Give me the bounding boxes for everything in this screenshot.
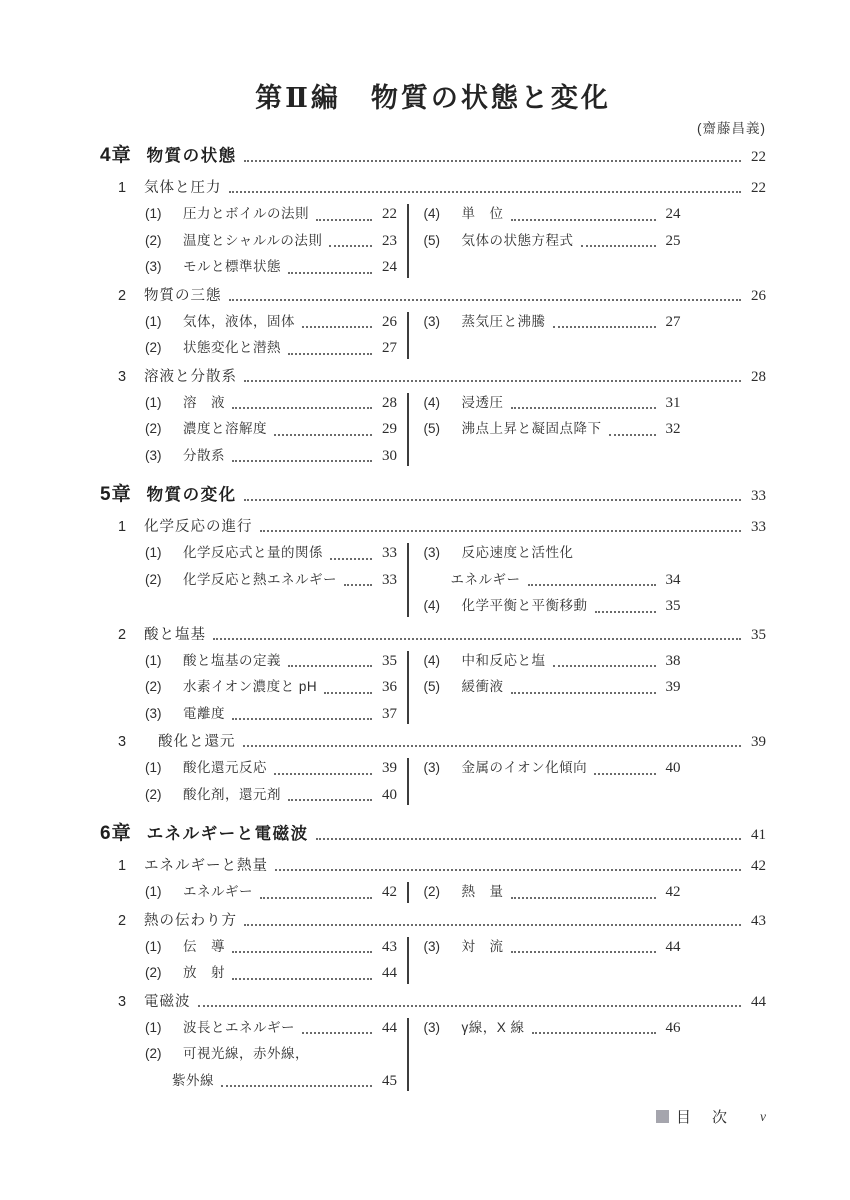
item-number: (1) [145, 755, 177, 782]
section-row: 3酸化と還元39 [118, 731, 766, 753]
dot-leader [302, 326, 372, 328]
dot-leader [229, 191, 742, 193]
section-row: 3電磁波44 [118, 991, 766, 1013]
item-number: (1) [145, 540, 177, 567]
item-title: 状態変化と潜熱 [183, 335, 281, 362]
item-page: 40 [661, 755, 681, 782]
toc-item: (5)沸点上昇と凝固点降下32 [424, 416, 681, 443]
dot-leader [221, 1085, 372, 1087]
toc-item: (4)化学平衡と平衡移動35 [424, 593, 681, 620]
toc-item-continued: 紫外線45 [145, 1068, 397, 1095]
column-divider [407, 543, 409, 617]
toc-item: (1)酸と塩基の定義35 [145, 648, 397, 675]
item-title: 気体，液体，固体 [183, 309, 295, 336]
toc-item: (5)気体の状態方程式25 [424, 228, 681, 255]
item-page: 22 [377, 201, 397, 228]
toc-item-continued: エネルギー34 [424, 567, 681, 594]
section-number: 1 [118, 855, 132, 877]
items-left-column: (1)伝 導43(2)放 射44 [145, 934, 397, 987]
chapter-page: 41 [746, 823, 766, 847]
dot-leader [511, 897, 656, 899]
item-page: 34 [661, 567, 681, 594]
items-right-column: (2)熱 量42 [424, 879, 681, 906]
item-page: 32 [661, 416, 681, 443]
items-block: (1)波長とエネルギー44(2)可視光線，赤外線，紫外線45(3)γ線，X 線4… [145, 1015, 766, 1095]
item-number: (1) [145, 1015, 177, 1042]
item-number: (4) [424, 390, 456, 417]
author-credit: (齋藤昌義) [100, 120, 766, 138]
section-title: 熱の伝わり方 [144, 910, 237, 932]
chapter-title: エネルギーと電磁波 [147, 822, 309, 846]
toc-item: (1)波長とエネルギー44 [145, 1015, 397, 1042]
dot-leader [324, 692, 372, 694]
dot-leader [232, 978, 372, 980]
dot-leader [288, 799, 372, 801]
chapter-title: 物質の状態 [147, 144, 237, 168]
item-number: (1) [145, 934, 177, 961]
items-right-column: (3)反応速度と活性化エネルギー34(4)化学平衡と平衡移動35 [424, 540, 681, 620]
item-page: 44 [377, 1015, 397, 1042]
toc-item: (1)酸化還元反応39 [145, 755, 397, 782]
items-block: (1)酸化還元反応39(2)酸化剤，還元剤40(3)金属のイオン化傾向40 [145, 755, 766, 808]
section-row: 3溶液と分散系28 [118, 366, 766, 388]
item-number: (5) [424, 674, 456, 701]
item-title: γ線，X 線 [462, 1015, 525, 1042]
section-page: 42 [746, 855, 766, 877]
items-block: (1)溶 液28(2)濃度と溶解度29(3)分散系30(4)浸透圧31(5)沸点… [145, 390, 766, 470]
item-title: 酸と塩基の定義 [183, 648, 281, 675]
item-page: 45 [377, 1068, 397, 1095]
toc-item: (2)熱 量42 [424, 879, 681, 906]
items-right-column: (3)蒸気圧と沸騰27 [424, 309, 681, 362]
footer-square-icon [656, 1110, 669, 1123]
item-title: 沸点上昇と凝固点降下 [462, 416, 602, 443]
toc-item: (3)対 流44 [424, 934, 681, 961]
item-page: 23 [377, 228, 397, 255]
item-page: 42 [661, 879, 681, 906]
item-title: 溶 液 [183, 390, 225, 417]
dot-leader [232, 407, 372, 409]
items-right-column: (4)中和反応と塩38(5)緩衝液39 [424, 648, 681, 728]
toc-item: (2)酸化剤，還元剤40 [145, 782, 397, 809]
page-title: 第Ⅱ編 物質の状態と変化 [100, 80, 766, 116]
chapter-row: 4章物質の状態22 [100, 144, 766, 168]
section-title: エネルギーと熱量 [144, 855, 268, 877]
section-number: 1 [118, 177, 132, 199]
item-page: 24 [661, 201, 681, 228]
section-row: 2物質の三態26 [118, 285, 766, 307]
dot-leader [260, 530, 742, 532]
section-number: 3 [118, 731, 132, 753]
item-page: 35 [661, 593, 681, 620]
item-number: (2) [145, 674, 177, 701]
item-page: 43 [377, 934, 397, 961]
item-number: (2) [145, 416, 177, 443]
item-number: (4) [424, 648, 456, 675]
item-number: (1) [145, 390, 177, 417]
chapter-page: 33 [746, 484, 766, 508]
item-page: 39 [661, 674, 681, 701]
footer-page-number: v [760, 1109, 766, 1125]
column-divider [407, 882, 409, 903]
item-page: 36 [377, 674, 397, 701]
chapter-row: 6章エネルギーと電磁波41 [100, 822, 766, 846]
dot-leader [232, 951, 372, 953]
item-title: 酸化剤，還元剤 [183, 782, 281, 809]
dot-leader [232, 718, 372, 720]
toc-item: (2)濃度と溶解度29 [145, 416, 397, 443]
dot-leader [288, 353, 372, 355]
items-right-column: (4)浸透圧31(5)沸点上昇と凝固点降下32 [424, 390, 681, 470]
item-page: 27 [661, 309, 681, 336]
item-page: 24 [377, 254, 397, 281]
item-page: 28 [377, 390, 397, 417]
item-number: (4) [424, 201, 456, 228]
item-number: (2) [145, 782, 177, 809]
column-divider [407, 937, 409, 984]
item-title: 対 流 [462, 934, 504, 961]
section-title: 電磁波 [144, 991, 191, 1013]
section-title: 化学反応の進行 [144, 516, 253, 538]
item-title: 緩衝液 [462, 674, 504, 701]
section-number: 2 [118, 285, 132, 307]
section-title: 溶液と分散系 [144, 366, 237, 388]
item-title: 水素イオン濃度と pH [183, 674, 317, 701]
dot-leader [244, 924, 741, 926]
section-title: 酸化と還元 [158, 731, 236, 753]
item-number: (1) [145, 309, 177, 336]
section-number: 3 [118, 366, 132, 388]
item-number: (3) [424, 755, 456, 782]
items-left-column: (1)酸と塩基の定義35(2)水素イオン濃度と pH36(3)電離度37 [145, 648, 397, 728]
items-block: (1)酸と塩基の定義35(2)水素イオン濃度と pH36(3)電離度37(4)中… [145, 648, 766, 728]
items-left-column: (1)圧力とボイルの法則22(2)温度とシャルルの法則23(3)モルと標準状態2… [145, 201, 397, 281]
section-title: 酸と塩基 [144, 624, 206, 646]
item-number: (2) [424, 879, 456, 906]
item-number: (2) [145, 228, 177, 255]
item-title: 浸透圧 [462, 390, 504, 417]
item-number: (3) [424, 309, 456, 336]
column-divider [407, 1018, 409, 1092]
item-page: 44 [377, 960, 397, 987]
toc-item: (3)分散系30 [145, 443, 397, 470]
item-page: 27 [377, 335, 397, 362]
toc-item: (4)浸透圧31 [424, 390, 681, 417]
toc-item: (1)圧力とボイルの法則22 [145, 201, 397, 228]
chapter-number: 5章 [100, 483, 132, 507]
item-title: 酸化還元反応 [183, 755, 267, 782]
item-page: 33 [377, 567, 397, 594]
dot-leader [532, 1032, 656, 1034]
item-title: 紫外線 [172, 1068, 214, 1095]
chapter-number: 6章 [100, 822, 132, 846]
dot-leader [553, 326, 656, 328]
item-title: モルと標準状態 [183, 254, 281, 281]
item-page: 35 [377, 648, 397, 675]
items-block: (1)気体，液体，固体26(2)状態変化と潜熱27(3)蒸気圧と沸騰27 [145, 309, 766, 362]
items-left-column: (1)波長とエネルギー44(2)可視光線，赤外線，紫外線45 [145, 1015, 397, 1095]
toc-item: (1)気体，液体，固体26 [145, 309, 397, 336]
section-page: 28 [746, 366, 766, 388]
items-left-column: (1)酸化還元反応39(2)酸化剤，還元剤40 [145, 755, 397, 808]
toc-item: (3)蒸気圧と沸騰27 [424, 309, 681, 336]
dot-leader [528, 584, 656, 586]
dot-leader [288, 665, 372, 667]
item-title: 単 位 [462, 201, 504, 228]
item-number: (4) [424, 593, 456, 620]
chapter-row: 5章物質の変化33 [100, 483, 766, 507]
dot-leader [244, 380, 741, 382]
column-divider [407, 312, 409, 359]
items-left-column: (1)溶 液28(2)濃度と溶解度29(3)分散系30 [145, 390, 397, 470]
item-number: (1) [145, 879, 177, 906]
dot-leader [274, 434, 372, 436]
toc-item: (1)伝 導43 [145, 934, 397, 961]
item-title: エネルギー [451, 567, 521, 594]
dot-leader [316, 838, 741, 840]
items-left-column: (1)エネルギー42 [145, 879, 397, 906]
dot-leader [244, 499, 741, 501]
section-page: 33 [746, 516, 766, 538]
dot-leader [229, 299, 742, 301]
item-number: (3) [145, 443, 177, 470]
column-divider [407, 204, 409, 278]
chapter-page: 22 [746, 145, 766, 169]
item-title: 化学反応と熱エネルギー [183, 567, 337, 594]
item-page: 33 [377, 540, 397, 567]
toc-item: (1)溶 液28 [145, 390, 397, 417]
items-block: (1)伝 導43(2)放 射44(3)対 流44 [145, 934, 766, 987]
dot-leader [329, 245, 372, 247]
toc-item: (3)γ線，X 線46 [424, 1015, 681, 1042]
chapter-number: 4章 [100, 144, 132, 168]
toc-item: (5)緩衝液39 [424, 674, 681, 701]
column-divider [407, 393, 409, 467]
item-title: 電離度 [183, 701, 225, 728]
item-number: (3) [424, 1015, 456, 1042]
toc-item: (2)状態変化と潜熱27 [145, 335, 397, 362]
toc-item: (3)反応速度と活性化 [424, 540, 681, 567]
toc-page: 第Ⅱ編 物質の状態と変化 (齋藤昌義) 4章物質の状態221気体と圧力22(1)… [0, 0, 850, 1200]
section-title: 物質の三態 [144, 285, 222, 307]
dot-leader [274, 773, 372, 775]
toc-item: (2)化学反応と熱エネルギー33 [145, 567, 397, 594]
toc-item: (2)水素イオン濃度と pH36 [145, 674, 397, 701]
item-title: 気体の状態方程式 [462, 228, 574, 255]
item-title: 圧力とボイルの法則 [183, 201, 309, 228]
section-page: 43 [746, 910, 766, 932]
items-block: (1)化学反応式と量的関係33(2)化学反応と熱エネルギー33(3)反応速度と活… [145, 540, 766, 620]
dot-leader [553, 665, 656, 667]
dot-leader [316, 219, 372, 221]
section-title: 気体と圧力 [144, 177, 222, 199]
dot-leader [260, 897, 372, 899]
item-title: 放 射 [183, 960, 225, 987]
items-right-column: (3)γ線，X 線46 [424, 1015, 681, 1095]
item-page: 44 [661, 934, 681, 961]
section-number: 2 [118, 624, 132, 646]
dot-leader [595, 611, 656, 613]
item-number: (2) [145, 960, 177, 987]
item-title: 濃度と溶解度 [183, 416, 267, 443]
item-page: 39 [377, 755, 397, 782]
dot-leader [243, 745, 742, 747]
dot-leader [594, 773, 655, 775]
section-page: 39 [746, 731, 766, 753]
item-number: (3) [424, 540, 456, 567]
toc-item: (3)電離度37 [145, 701, 397, 728]
toc-item: (2)可視光線，赤外線， [145, 1041, 397, 1068]
item-number: (5) [424, 416, 456, 443]
dot-leader [244, 160, 741, 162]
item-title: 分散系 [183, 443, 225, 470]
dot-leader [330, 558, 372, 560]
section-page: 44 [746, 991, 766, 1013]
item-title: エネルギー [183, 879, 253, 906]
item-title: 温度とシャルルの法則 [183, 228, 322, 255]
item-page: 40 [377, 782, 397, 809]
toc-item: (1)エネルギー42 [145, 879, 397, 906]
item-page: 29 [377, 416, 397, 443]
toc-item: (2)温度とシャルルの法則23 [145, 228, 397, 255]
items-right-column: (3)金属のイオン化傾向40 [424, 755, 681, 808]
dot-leader [511, 219, 656, 221]
items-left-column: (1)気体，液体，固体26(2)状態変化と潜熱27 [145, 309, 397, 362]
section-row: 2熱の伝わり方43 [118, 910, 766, 932]
column-divider [407, 758, 409, 805]
toc-item: (2)放 射44 [145, 960, 397, 987]
item-title: 蒸気圧と沸騰 [462, 309, 546, 336]
toc-item: (3)金属のイオン化傾向40 [424, 755, 681, 782]
item-title: 伝 導 [183, 934, 225, 961]
dot-leader [609, 434, 656, 436]
item-number: (2) [145, 567, 177, 594]
items-block: (1)エネルギー42(2)熱 量42 [145, 879, 766, 906]
dot-leader [232, 460, 372, 462]
section-page: 26 [746, 285, 766, 307]
items-right-column: (3)対 流44 [424, 934, 681, 987]
item-title: 可視光線，赤外線， [183, 1041, 309, 1068]
section-row: 1気体と圧力22 [118, 177, 766, 199]
toc-item: (1)化学反応式と量的関係33 [145, 540, 397, 567]
section-number: 1 [118, 516, 132, 538]
dot-leader [511, 951, 656, 953]
item-title: 熱 量 [462, 879, 504, 906]
dot-leader [288, 272, 372, 274]
item-page: 31 [661, 390, 681, 417]
item-page: 26 [377, 309, 397, 336]
section-page: 22 [746, 177, 766, 199]
dot-leader [344, 584, 372, 586]
items-left-column: (1)化学反応式と量的関係33(2)化学反応と熱エネルギー33 [145, 540, 397, 620]
dot-leader [198, 1005, 742, 1007]
footer-label: 目 次 [676, 1106, 730, 1127]
items-right-column: (4)単 位24(5)気体の状態方程式25 [424, 201, 681, 281]
chapter-title: 物質の変化 [147, 483, 237, 507]
dot-leader [302, 1032, 372, 1034]
toc-item: (4)中和反応と塩38 [424, 648, 681, 675]
section-number: 2 [118, 910, 132, 932]
item-page: 37 [377, 701, 397, 728]
item-title: 中和反応と塩 [462, 648, 546, 675]
toc: 4章物質の状態221気体と圧力22(1)圧力とボイルの法則22(2)温度とシャル… [100, 144, 766, 1094]
item-number: (3) [424, 934, 456, 961]
item-number: (1) [145, 648, 177, 675]
dot-leader [511, 692, 656, 694]
section-row: 1エネルギーと熱量42 [118, 855, 766, 877]
toc-item: (3)モルと標準状態24 [145, 254, 397, 281]
section-row: 2酸と塩基35 [118, 624, 766, 646]
item-page: 25 [661, 228, 681, 255]
item-number: (1) [145, 201, 177, 228]
item-title: 反応速度と活性化 [462, 540, 574, 567]
item-number: (2) [145, 335, 177, 362]
item-title: 金属のイオン化傾向 [462, 755, 588, 782]
item-number: (2) [145, 1041, 177, 1068]
item-page: 42 [377, 879, 397, 906]
toc-item: (4)単 位24 [424, 201, 681, 228]
section-page: 35 [746, 624, 766, 646]
dot-leader [511, 407, 656, 409]
section-number: 3 [118, 991, 132, 1013]
footer: 目 次 v [656, 1106, 766, 1127]
item-page: 38 [661, 648, 681, 675]
item-page: 46 [661, 1015, 681, 1042]
dot-leader [581, 245, 656, 247]
dot-leader [213, 638, 741, 640]
item-number: (5) [424, 228, 456, 255]
section-row: 1化学反応の進行33 [118, 516, 766, 538]
item-title: 波長とエネルギー [183, 1015, 295, 1042]
dot-leader [275, 869, 741, 871]
item-number: (3) [145, 701, 177, 728]
items-block: (1)圧力とボイルの法則22(2)温度とシャルルの法則23(3)モルと標準状態2… [145, 201, 766, 281]
item-page: 30 [377, 443, 397, 470]
item-number: (3) [145, 254, 177, 281]
item-title: 化学反応式と量的関係 [183, 540, 323, 567]
column-divider [407, 651, 409, 725]
item-title: 化学平衡と平衡移動 [462, 593, 588, 620]
